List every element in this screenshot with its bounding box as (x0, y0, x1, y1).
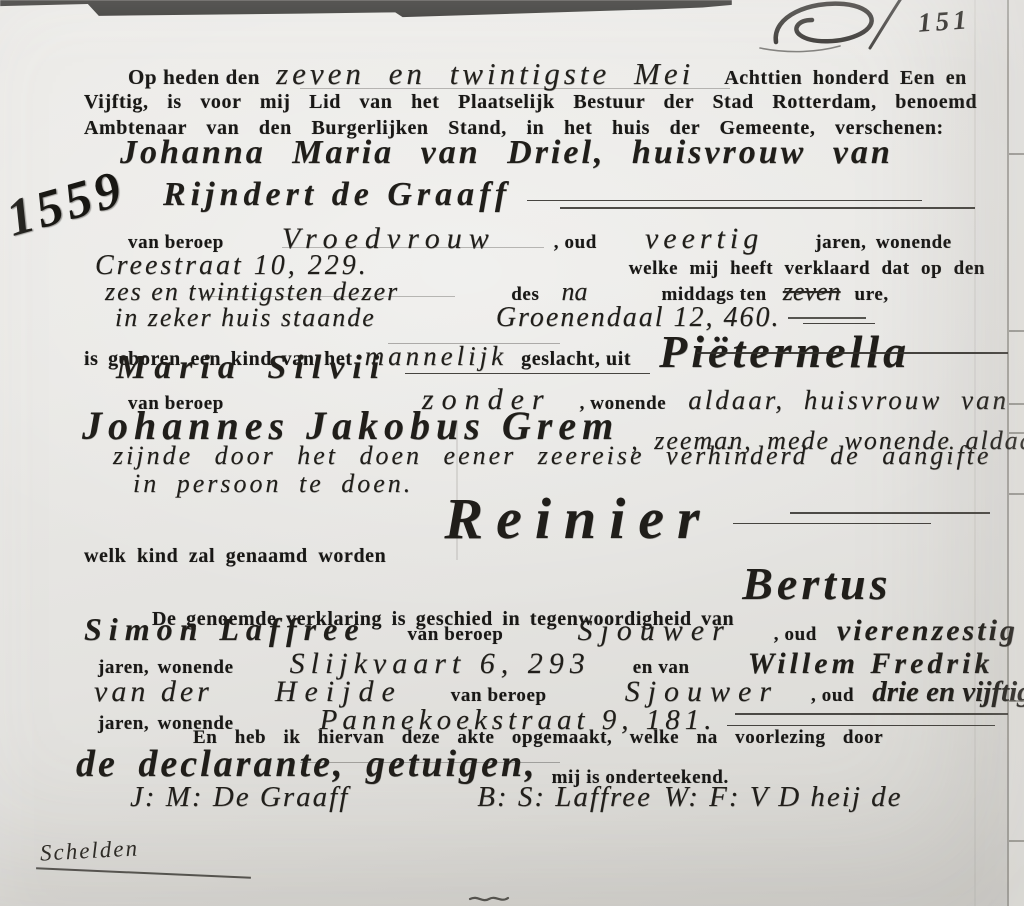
handwritten-text: de declarante, getuigen, (76, 742, 538, 786)
printed-text: Vijftig, is voor mij Lid van het Plaatse… (84, 91, 977, 114)
ink-rule (735, 713, 1008, 715)
handwritten-text: Sjouwer (577, 614, 731, 648)
adjacent-page-ruled-line (1009, 403, 1024, 405)
ink-rule (36, 867, 251, 878)
adjacent-page-ruled-line (1009, 700, 1024, 702)
ink-rule (697, 352, 1008, 354)
ink-rule (788, 317, 866, 319)
handwritten-text: Rijndert de Graaff (163, 176, 511, 214)
adjacent-page-ruled-line (1009, 330, 1024, 332)
adjacent-page-ruled-line (1009, 432, 1024, 434)
document-line-l24: J: M: De GraaffB: S: LaffreeW: F: V D he… (130, 781, 903, 814)
ink-rule (790, 512, 990, 514)
handwritten-text: W: F: V D heij de (664, 781, 903, 814)
ink-rule (560, 207, 975, 209)
printed-text: , oud (774, 624, 817, 646)
printed-text: welk kind zal genaamd worden (84, 545, 386, 568)
blank-line-rule (727, 725, 995, 726)
handwritten-text: Johanna Maria van Driel, huisvrouw van (120, 134, 893, 172)
blank-line-rule (527, 200, 922, 201)
blank-line-rule (405, 373, 650, 374)
margin-note: Schelden (39, 835, 139, 866)
ink-rule (388, 343, 560, 344)
document-line-l23: de declarante, getuigen,mij is onderteek… (76, 742, 729, 786)
ink-rule (282, 247, 544, 248)
document-line-l2: Vijftig, is voor mij Lid van het Plaatse… (84, 91, 977, 114)
document-line-l11: Maria Silvii (116, 349, 650, 387)
document-line-l14: zijnde door het doen eener zeereise verh… (113, 441, 991, 471)
handwritten-text: J: M: De Graaff (130, 781, 349, 814)
handwritten-text: Simon Laffree (84, 611, 366, 648)
document-line-l18: Simon Laffreevan beroepSjouwer, oudviere… (84, 611, 1018, 648)
handwritten-text: vierenzestig (837, 614, 1018, 648)
adjacent-page-ruled-line (1009, 840, 1024, 842)
printed-text: Op heden den (128, 65, 260, 90)
blank-line-rule (733, 523, 931, 524)
ink-mark-icon (468, 893, 510, 906)
paraph-stamp-icon (752, 0, 928, 60)
adjacent-page-ruled-line (1009, 493, 1024, 495)
scan-edge-artifact (0, 0, 732, 22)
adjacent-page-ruled-line (1009, 153, 1024, 155)
document-line-l16: welk kind zal genaamd wordenReinier (84, 485, 931, 552)
printed-text: Achttien honderd Een en (724, 67, 967, 90)
scanned-birth-record: 151 1559 Schelden Op heden denzeven en t… (0, 0, 1024, 906)
act-number: 1559 (0, 159, 132, 249)
document-line-l1: Op heden denzeven en twintigste MeiAchtt… (128, 56, 967, 92)
document-line-l4: Johanna Maria van Driel, huisvrouw van (120, 134, 893, 172)
handwritten-text: Reinier (444, 485, 712, 552)
handwritten-text: Bertus (742, 557, 891, 610)
handwritten-text: B: S: Laffree (477, 781, 652, 814)
handwritten-text: zijnde door het doen eener zeereise verh… (113, 441, 991, 471)
printed-text: van beroep (408, 624, 504, 646)
ink-rule (200, 296, 455, 297)
handwritten-text: zeven en twintigste Mei (276, 56, 694, 92)
ink-rule (300, 762, 560, 763)
ink-rule (300, 88, 730, 89)
handwritten-text: Maria Silvii (116, 349, 387, 387)
